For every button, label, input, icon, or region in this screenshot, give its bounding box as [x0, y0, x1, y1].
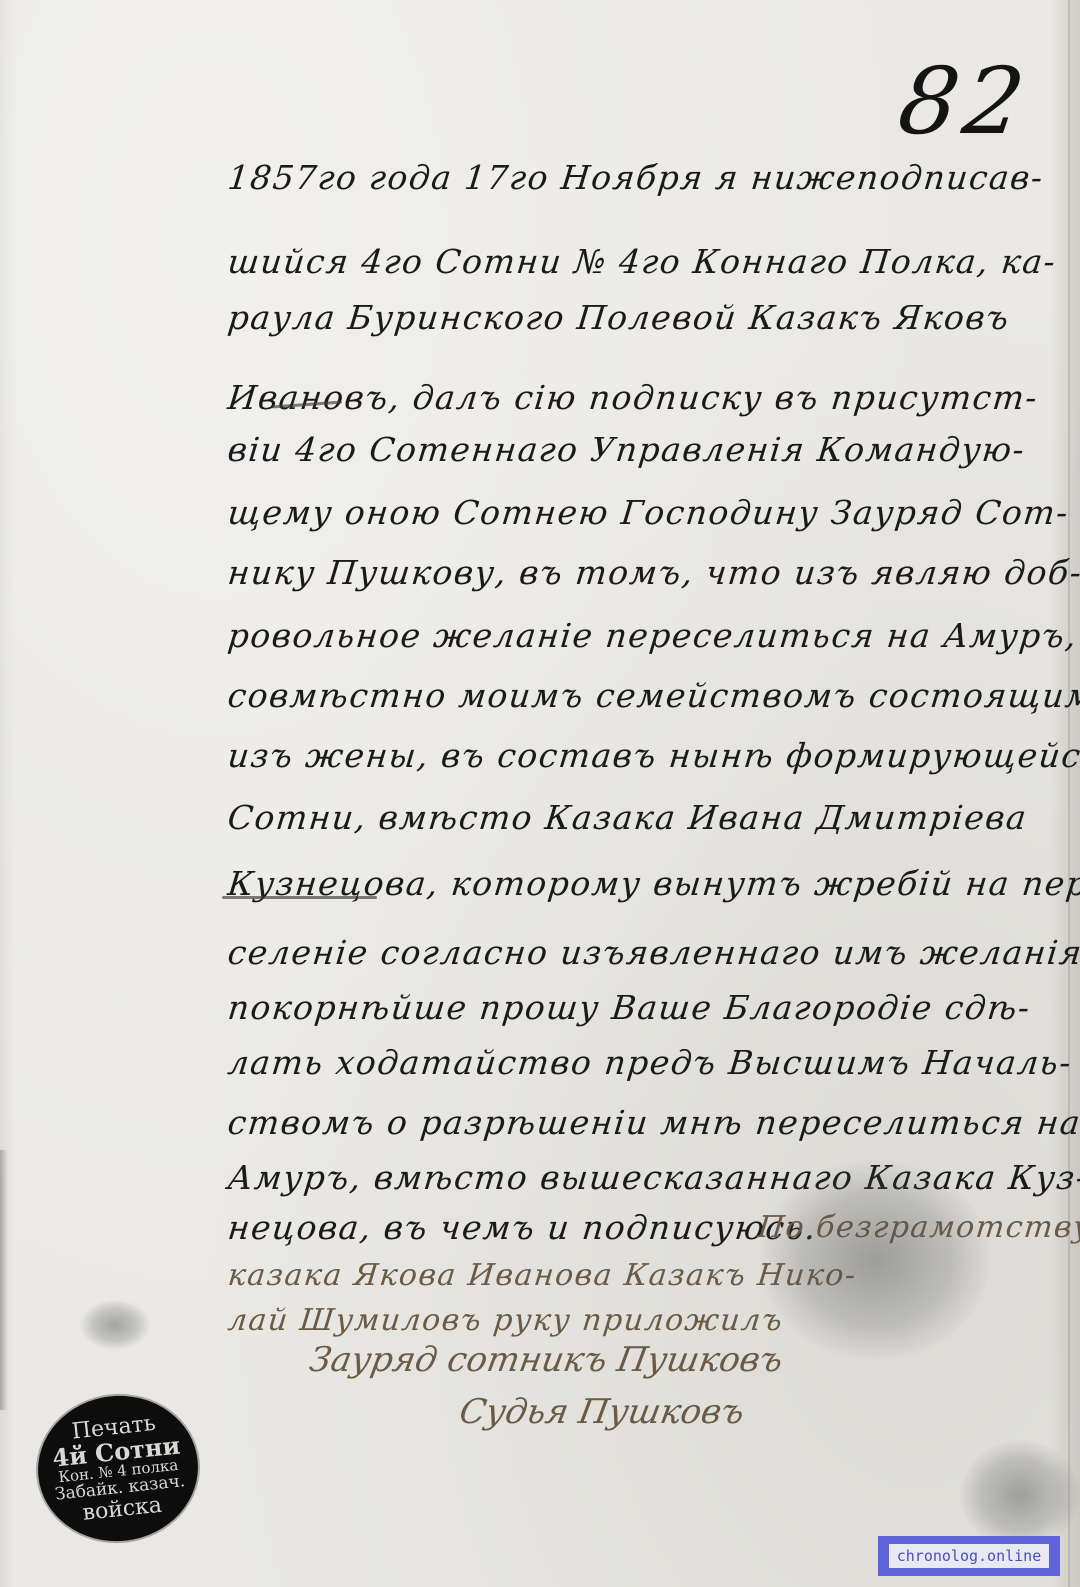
text-line: ровольное желаніе переселиться на Амуръ,: [226, 616, 1080, 655]
ink-smudge: [760, 1160, 990, 1360]
text-line: селеніе согласно изъявленнаго имъ желані…: [226, 933, 1080, 972]
watermark-badge[interactable]: chronolog.online: [878, 1536, 1060, 1576]
fingerprint-smudge: [80, 1300, 150, 1350]
brown-ink-line: лай Шумиловъ руку приложилъ: [226, 1303, 785, 1338]
text-line: ствомъ о разрѣшеніи мнѣ переселиться на: [226, 1103, 1080, 1142]
watermark-text: chronolog.online: [889, 1544, 1049, 1568]
text-line: нику Пушкову, въ томъ, что изъ являю доб…: [226, 553, 1080, 592]
text-line: лать ходатайство предъ Высшимъ Началь-: [226, 1043, 1074, 1082]
text-line: Сотни, вмѣсто Казака Ивана Дмитріева: [226, 798, 1029, 837]
text-line: раула Буринского Полевой Казакъ Яковъ: [226, 298, 1012, 337]
folio-number: 82: [892, 48, 1036, 155]
pencil-underline: [222, 896, 377, 899]
text-line: віи 4го Сотеннаго Управленія Командую-: [226, 430, 1027, 469]
page-edge-left: [0, 1150, 8, 1410]
text-line: щему оною Сотнею Господину Зауряд Сот-: [226, 493, 1071, 532]
text-line: изъ жены, въ составъ нынѣ формирующейся: [226, 736, 1080, 775]
signature-line: Судья Пушковъ: [456, 1392, 747, 1432]
signature-line: Зауряд сотникъ Пушковъ: [306, 1340, 785, 1380]
text-line: нецова, въ чемъ и подписуюсь.: [226, 1208, 819, 1247]
text-line: покорнѣйше прошу Ваше Благородіе сдѣ-: [226, 988, 1033, 1027]
page-edge-right: [1068, 0, 1070, 1587]
text-line: совмѣстно моимъ семействомъ состоящимъ: [226, 676, 1080, 715]
ink-smudge: [960, 1440, 1080, 1550]
text-line: Ивановъ, далъ сію подписку въ присутст-: [226, 378, 1040, 417]
text-line: шийся 4го Сотни № 4го Коннаго Полка, ка-: [226, 242, 1059, 281]
text-line: 1857го года 17го Ноября я нижеподписав-: [226, 158, 1046, 197]
